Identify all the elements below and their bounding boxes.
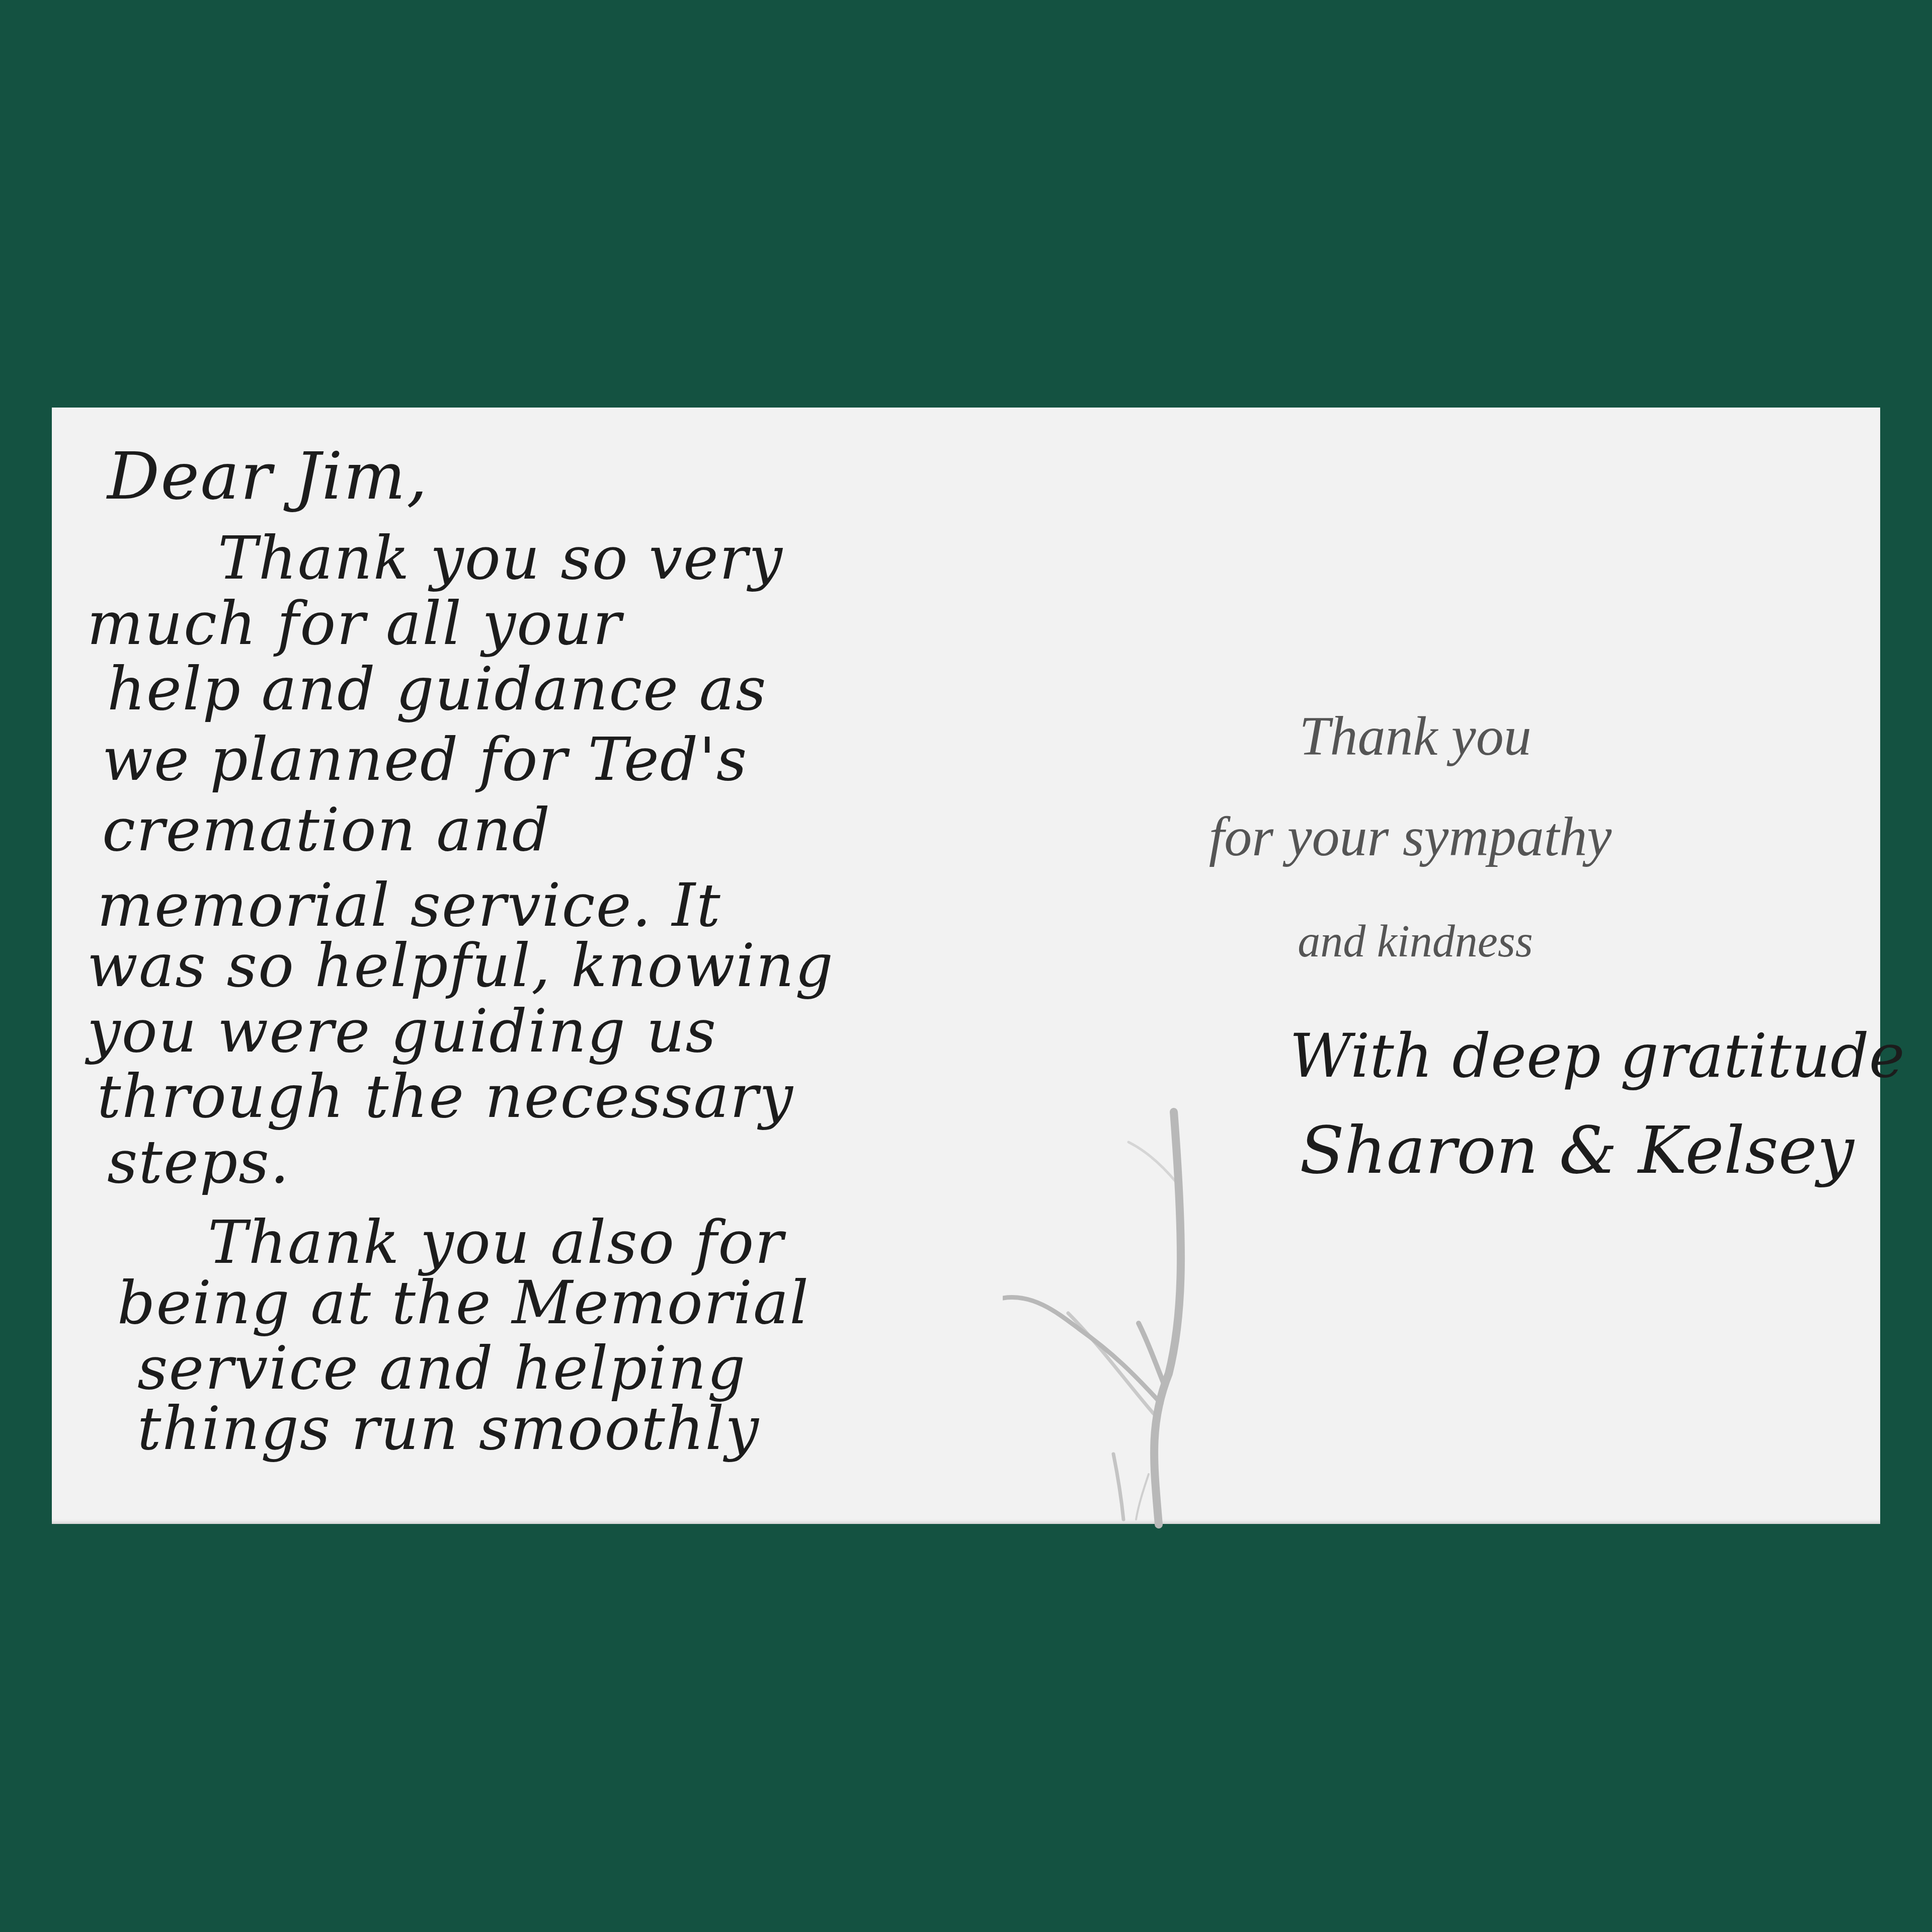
note-line: service and helping <box>137 1333 746 1403</box>
note-line: help and guidance as <box>107 654 767 723</box>
note-line: Thank you so very <box>218 523 783 593</box>
note-line: things run smoothly <box>137 1394 760 1463</box>
note-line: being at the Memorial <box>117 1268 810 1337</box>
signature-closing: With deep gratitude <box>1290 1021 1905 1091</box>
printed-line-thank-you: Thank you <box>1299 704 1531 768</box>
signature-names: Sharon & Kelsey <box>1300 1112 1854 1188</box>
note-line: cremation and <box>102 795 551 864</box>
note-line: steps. <box>107 1127 290 1196</box>
note-line: you were guiding us <box>87 996 717 1066</box>
note-line: we planned for Ted's <box>102 725 748 794</box>
note-greeting: Dear Jim, <box>107 438 428 514</box>
note-line: memorial service. It <box>97 870 721 940</box>
note-line: was so helpful, knowing <box>87 931 834 1000</box>
bare-branch-illustration-icon <box>1003 1052 1305 1535</box>
note-line: much for all your <box>87 589 622 658</box>
note-line: Thank you also for <box>208 1207 784 1277</box>
note-line: through the necessary <box>97 1062 794 1131</box>
printed-line-kindness: and kindness <box>1298 916 1533 968</box>
thank-you-card: Dear Jim, Thank you so very much for all… <box>52 408 1880 1524</box>
printed-line-sympathy: for your sympathy <box>1209 805 1612 869</box>
